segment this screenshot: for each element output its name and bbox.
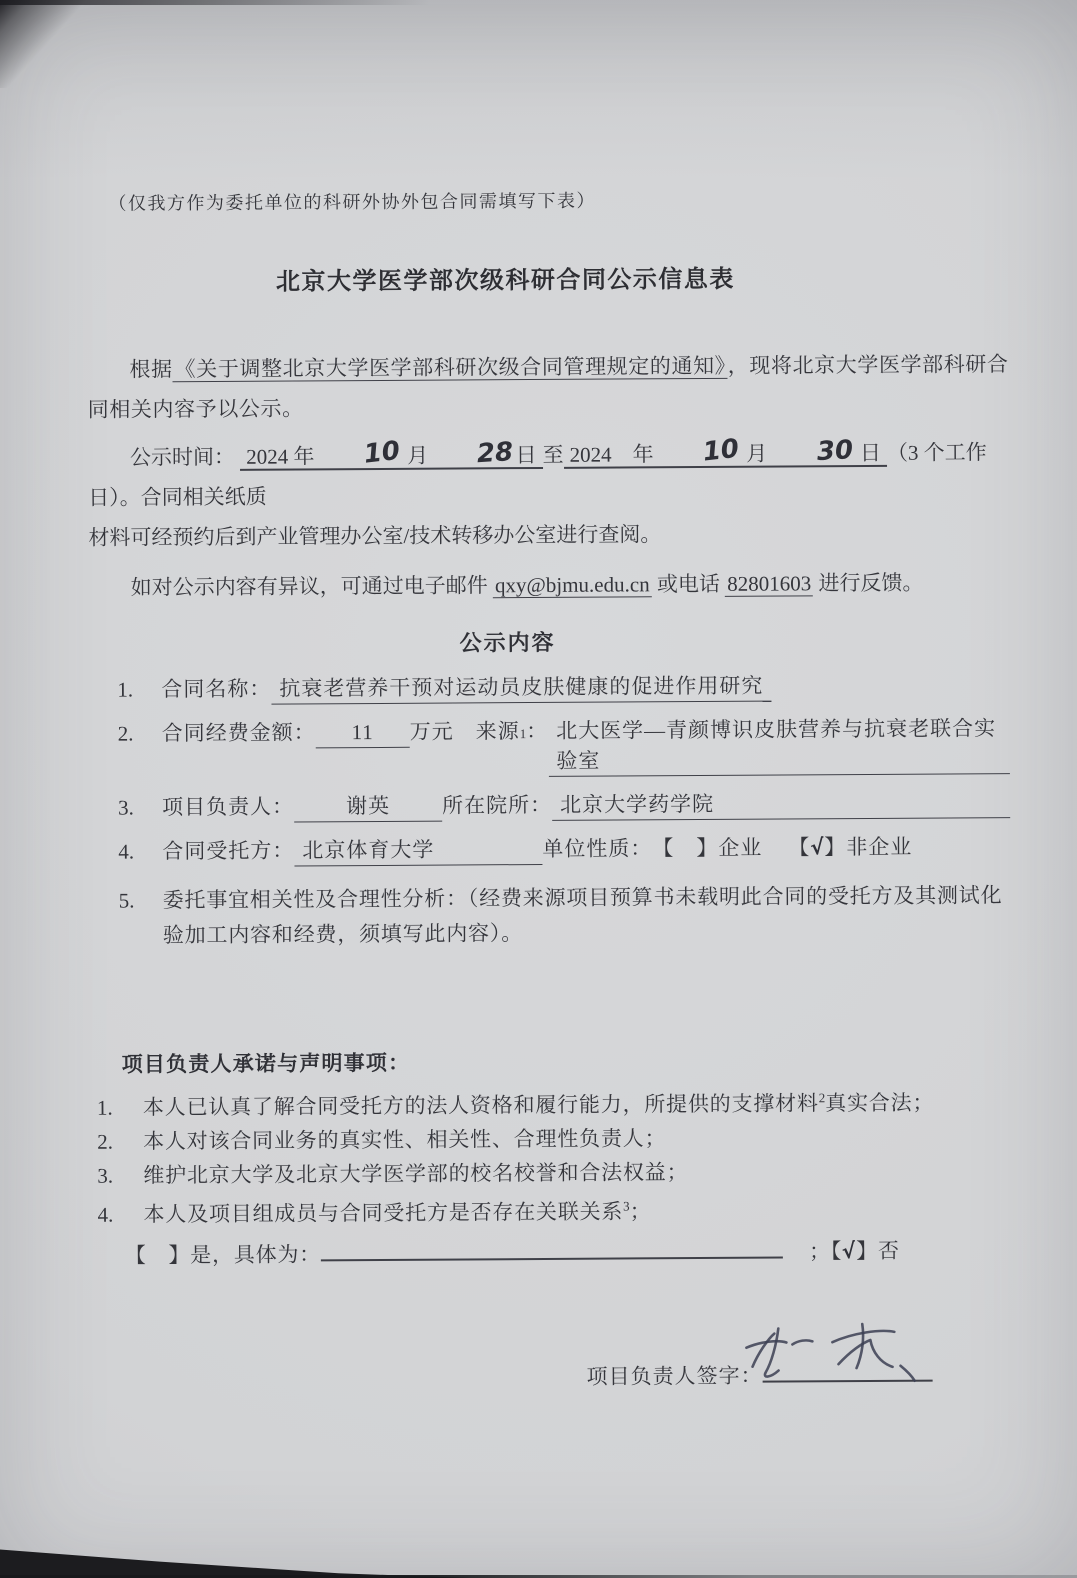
funding-row: 2. 合同经费金额： 11 万元 来源 1 ： 北大医学—青颜博识皮肤营养与抗衰…: [118, 713, 1010, 779]
pi-dept-value: 北京大学药学院: [552, 787, 1010, 821]
day-unit: 日: [516, 443, 537, 467]
item-number: 1.: [97, 1091, 143, 1125]
start-date-field: 2024 年 10 月 28日: [240, 443, 543, 471]
feedback-email: qxy@bjmu.edu.cn: [493, 572, 652, 598]
yes-label: 是，具体为：: [190, 1243, 321, 1268]
section-heading: 公示内容: [0, 624, 1016, 662]
item-number: 2.: [118, 718, 162, 748]
entity-nature-label: 单位性质：: [542, 833, 652, 864]
relation-separator: ；: [809, 1239, 831, 1263]
end-date-field: 2024 年 10 月 30 日: [564, 441, 888, 469]
intro-paragraph: 根据《关于调整北京大学医学部科研次级合同管理规定的通知》，现将北京大学医学部科研…: [87, 344, 1010, 430]
intro-lead: 根据: [129, 357, 172, 381]
item-number: 5.: [119, 885, 163, 915]
declaration-item: 4. 本人及项目组成员与合同受托方是否存在关联关系3；: [97, 1187, 1019, 1232]
funding-label: 合同经费金额：: [162, 717, 316, 748]
funding-amount-value: 11: [316, 717, 410, 749]
non-enterprise-checkbox-open: 【: [788, 832, 810, 862]
contractor-name-value: 北京体育大学: [294, 834, 542, 867]
photo-corner-shadow-top-left: [0, 0, 110, 88]
analysis-text: 委托事宜相关性及合理性分析：（经费来源项目预算书未载明此合同的受托方及其测试化验…: [163, 878, 1011, 953]
non-enterprise-checkmark: √: [809, 831, 826, 862]
declaration-text-main: 本人及项目组成员与合同受托方是否存在关联关系: [144, 1200, 624, 1227]
handwritten-start-day: 28: [433, 443, 516, 466]
item-number: 2.: [97, 1125, 143, 1159]
yes-checkbox: 【 】: [125, 1243, 191, 1267]
end-month-unit: 月: [746, 441, 767, 465]
declaration-item: 1. 本人已认真了解合同受托方的法人资格和履行能力，所提供的支撑材料2真实合法；: [97, 1080, 1019, 1125]
item-number: 4.: [97, 1198, 143, 1232]
pi-dept-label: 所在院所：: [442, 790, 552, 821]
signature-handwriting: [734, 1314, 946, 1389]
declaration-text: 本人已认真了解合同受托方的法人资格和履行能力，所提供的支撑材料2真实合法；: [143, 1081, 935, 1125]
feedback-mid: 或电话: [652, 572, 726, 596]
non-enterprise-option-label: 非企业: [846, 831, 912, 861]
item-number: 1.: [117, 674, 161, 704]
declaration-text: 维护北京大学及北京大学医学部的校名校誉和合法权益；: [143, 1155, 688, 1192]
handwritten-end-day: 30: [772, 441, 855, 464]
publicity-period-paragraph: 公示时间： 2024 年 10 月 28日至2024 年 10 月 30 日（3…: [88, 432, 1016, 558]
item-number: 3.: [97, 1159, 143, 1193]
no-checkmark: √: [840, 1230, 858, 1273]
declaration-text-tail: 真实合法；: [825, 1091, 934, 1116]
period-line2: 材料可经预约后到产业管理办公室/技术转移办公室进行查阅。: [88, 512, 1015, 558]
paper-sheet: （仅我方作为委托单位的科研外协外包合同需填写下表） 北京大学医学部次级科研合同公…: [0, 0, 1077, 1578]
pi-row: 3. 项目负责人： 谢英 所在院所： 北京大学药学院: [118, 787, 1010, 823]
contract-name-value: 抗衰老营养干预对运动员皮肤健康的促进作用研究: [271, 670, 771, 704]
page-title: 北京大学医学部次级科研合同公示信息表: [0, 261, 1014, 302]
period-joiner: 至: [543, 443, 564, 467]
declaration-text: 本人对该合同业务的真实性、相关性、合理性负责人；: [143, 1121, 666, 1158]
feedback-paragraph: 如对公示内容有异议，可通过电子邮件 qxy@bjmu.edu.cn 或电话 82…: [89, 564, 1016, 606]
relation-detail-blank: [321, 1235, 783, 1262]
enterprise-checkbox: 【 】: [652, 833, 718, 863]
funding-colon: ：: [526, 716, 548, 746]
declaration-text: 本人及项目组成员与合同受托方是否存在关联关系3；: [143, 1190, 651, 1232]
end-year: 2024 年: [570, 442, 654, 467]
relation-answer-line: 【 】是，具体为：；【√】否: [125, 1229, 1020, 1276]
pi-name-value: 谢英: [294, 790, 442, 822]
end-day-unit: 日: [860, 441, 881, 465]
declaration-heading: 项目负责人承诺与声明事项：: [122, 1043, 1077, 1079]
handwritten-end-month: 10: [658, 439, 742, 466]
enterprise-option-label: 企业: [718, 832, 762, 862]
month-unit: 月: [407, 444, 428, 468]
publicity-items-list: 1. 合同名称： 抗衰老营养干预对运动员皮肤健康的促进作用研究 2. 合同经费金…: [117, 669, 1011, 953]
photo-edge-top: [0, 0, 430, 5]
analysis-row: 5. 委托事宜相关性及合理性分析：（经费来源项目预算书未载明此合同的受托方及其测…: [119, 878, 1011, 953]
signature-line: [762, 1356, 932, 1383]
form-applicability-note: （仅我方作为委托单位的科研外协外包合同需填写下表）: [108, 185, 1073, 217]
contractor-row: 4. 合同受托方： 北京体育大学 单位性质： 【 】 企业 【 √ 】 非企业: [118, 831, 1010, 867]
signature-row: 项目负责人签字：: [3, 1356, 932, 1397]
non-enterprise-checkbox-close: 】: [824, 832, 846, 862]
contractor-label: 合同受托方：: [162, 835, 294, 866]
item-number: 3.: [118, 792, 162, 822]
item-number: 4.: [118, 836, 162, 866]
funding-unit-source-label: 万元 来源: [410, 716, 520, 747]
declaration-item: 3. 维护北京大学及北京大学医学部的校名校誉和合法权益；: [97, 1153, 1019, 1193]
declaration-text-main: 本人已认真了解合同受托方的法人资格和履行能力，所提供的支撑材料: [143, 1092, 819, 1120]
declaration-text-tail: ；: [630, 1200, 652, 1224]
declaration-list: 1. 本人已认真了解合同受托方的法人资格和履行能力，所提供的支撑材料2真实合法；…: [97, 1080, 1020, 1277]
funding-source-value: 北大医学—青颜博识皮肤营养与抗衰老联合实验室: [548, 713, 1010, 777]
handwritten-start-month: 10: [319, 441, 403, 468]
no-checkbox-close: 】: [856, 1239, 878, 1263]
feedback-phone: 82801603: [725, 571, 813, 597]
declaration-item: 2. 本人对该合同业务的真实性、相关性、合理性负责人；: [97, 1119, 1019, 1159]
feedback-tail: 进行反馈。: [813, 571, 923, 596]
start-year: 2024 年: [246, 444, 314, 468]
document-content: （仅我方作为委托单位的科研外协外包合同需填写下表） 北京大学医学部次级科研合同公…: [0, 0, 1077, 1578]
contract-name-row: 1. 合同名称： 抗衰老营养干预对运动员皮肤健康的促进作用研究: [117, 669, 1009, 705]
no-label: 否: [878, 1239, 900, 1263]
feedback-lead: 如对公示内容有异议，可通过电子邮件: [131, 573, 493, 599]
contract-name-label: 合同名称：: [161, 673, 271, 704]
notice-title-underlined: 《关于调整北京大学医学部科研次级合同管理规定的通知》: [173, 354, 728, 382]
period-label: 公示时间：: [130, 445, 235, 470]
pi-label: 项目负责人：: [162, 791, 294, 822]
